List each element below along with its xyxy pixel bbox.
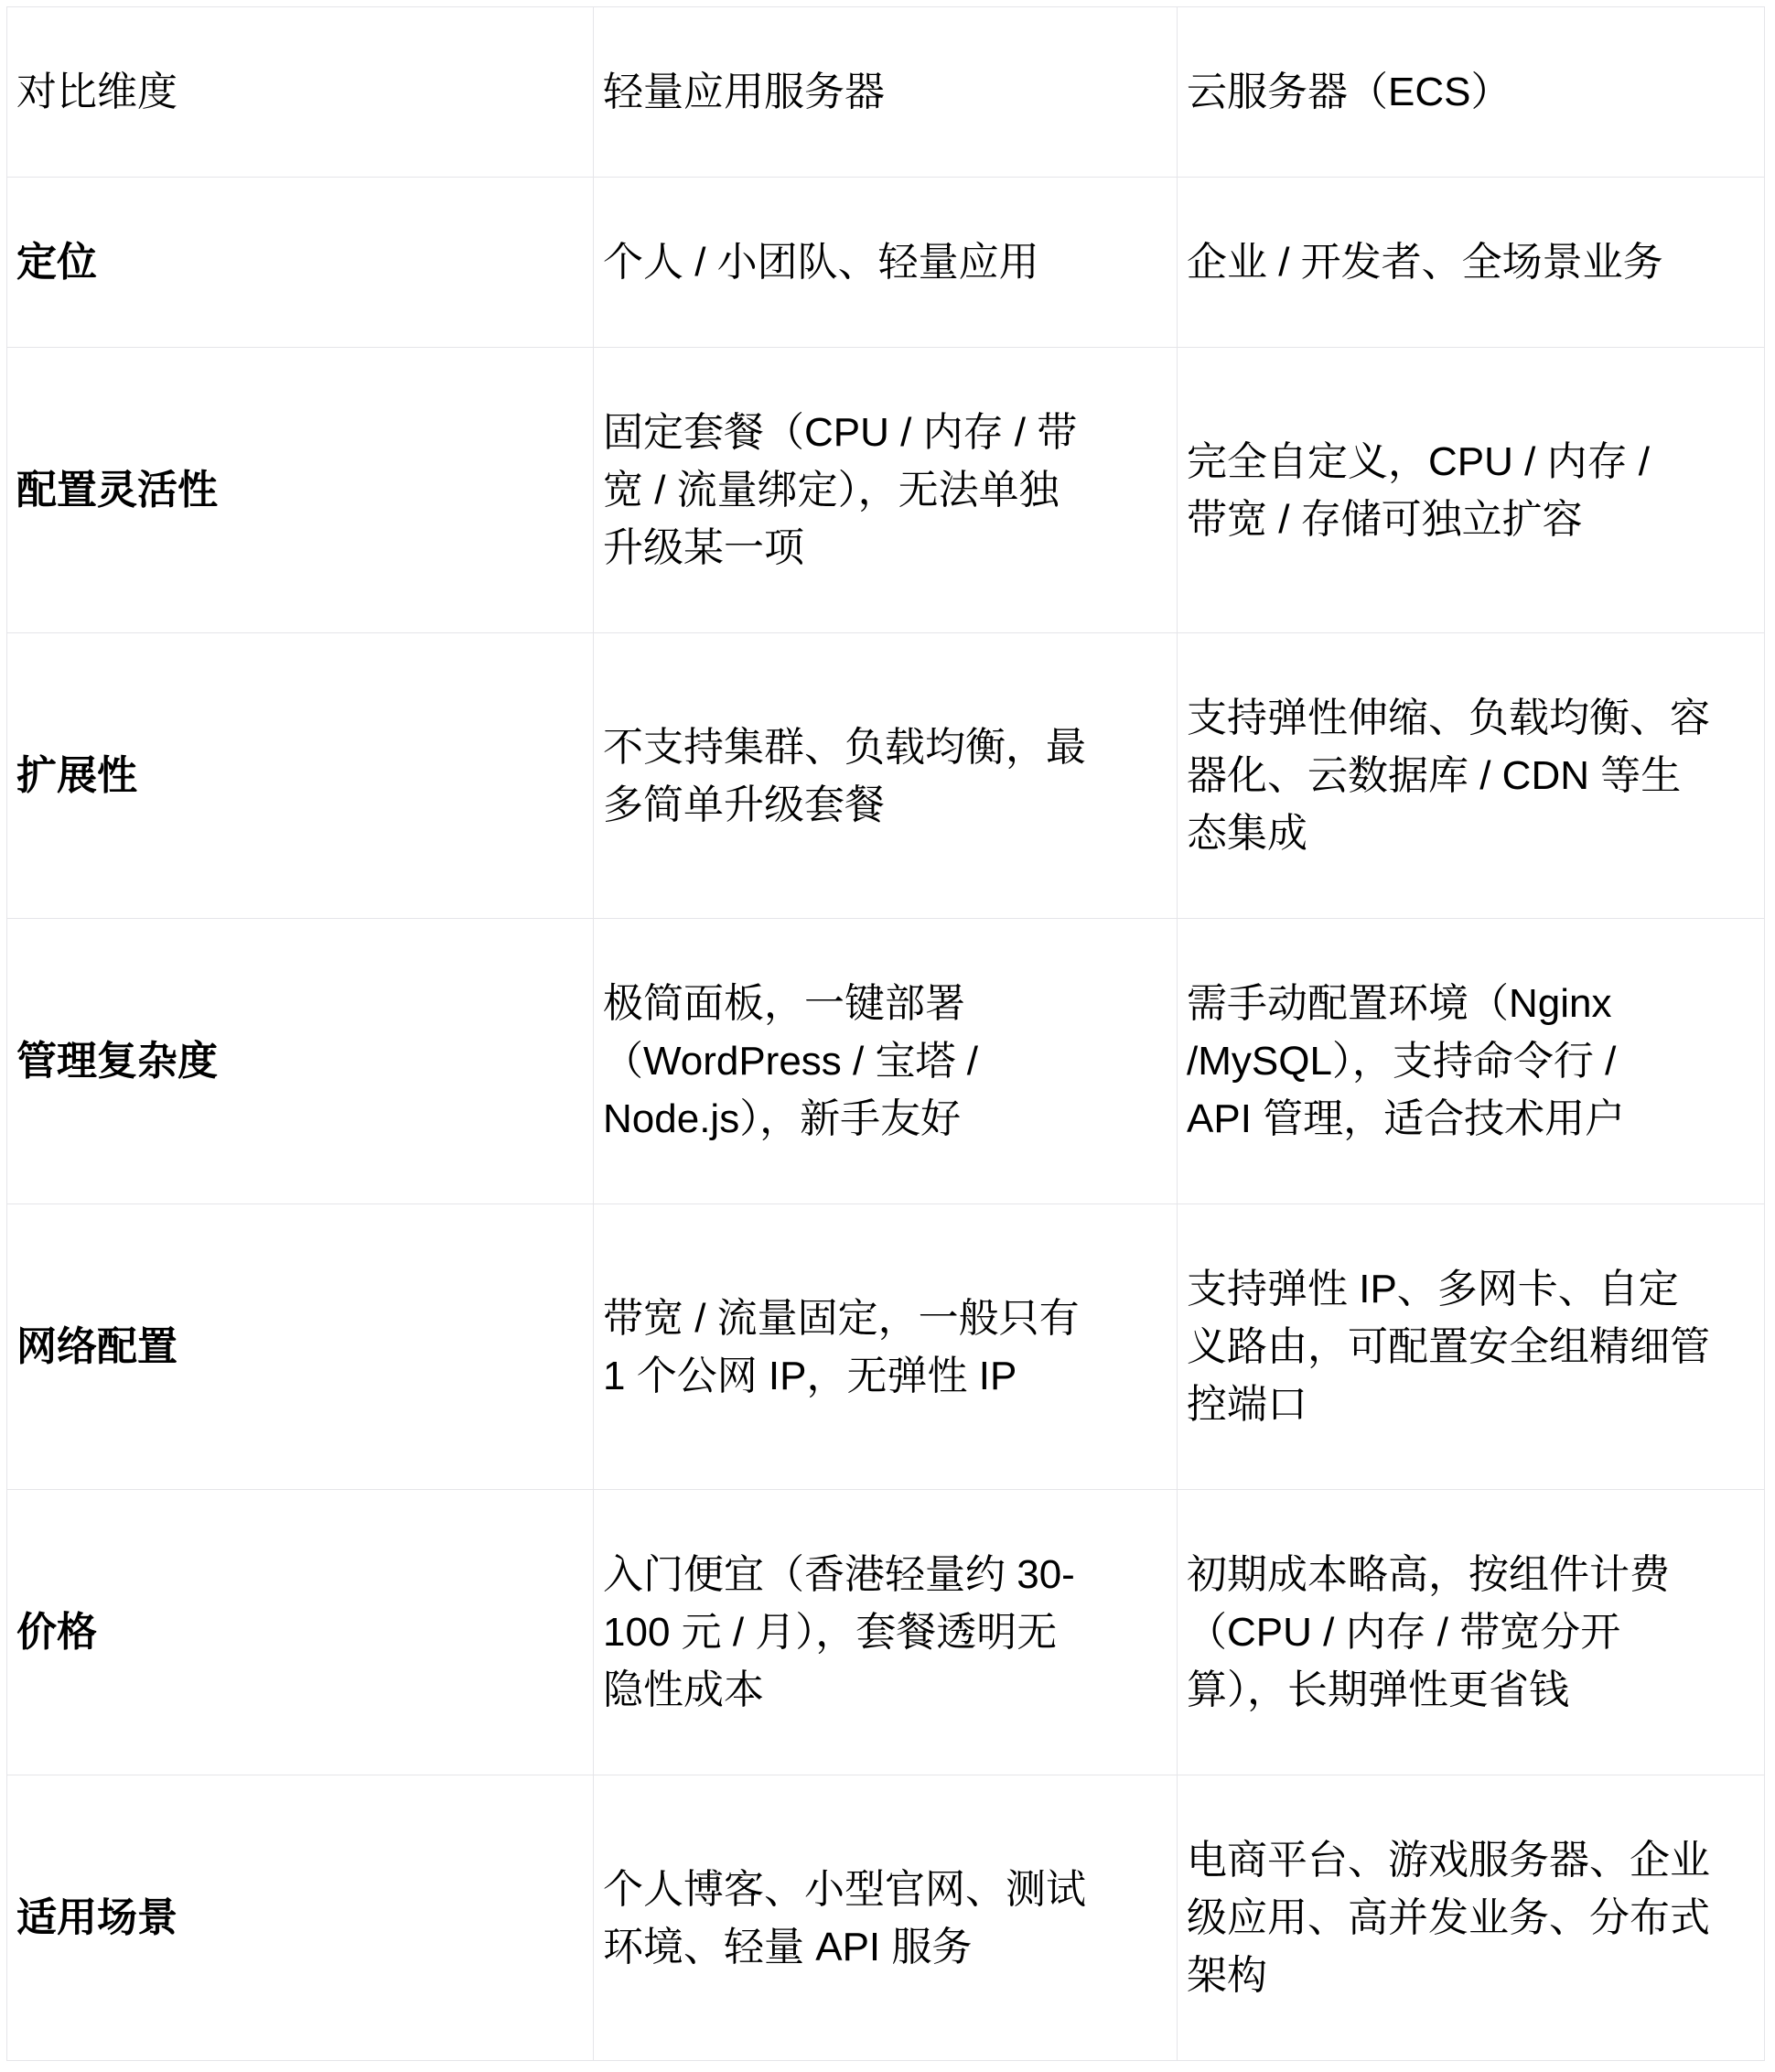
header-cell-dimension: 对比维度 bbox=[7, 7, 594, 178]
cell-management-complexity-ecs: 需手动配置环境（Nginx /MySQL），支持命令行 / API 管理，适合技… bbox=[1178, 919, 1765, 1204]
header-cell-lite-server: 轻量应用服务器 bbox=[594, 7, 1178, 178]
cell-price-lite: 入门便宜（香港轻量约 30- 100 元 / 月），套餐透明无 隐性成本 bbox=[594, 1490, 1178, 1775]
row-label-use-cases: 适用场景 bbox=[7, 1775, 594, 2061]
table-row-price: 价格 入门便宜（香港轻量约 30- 100 元 / 月），套餐透明无 隐性成本 … bbox=[7, 1490, 1765, 1775]
table-row-positioning: 定位 个人 / 小团队、轻量应用 企业 / 开发者、全场景业务 bbox=[7, 178, 1765, 348]
comparison-table: 对比维度 轻量应用服务器 云服务器（ECS） 定位 个人 / 小团队、轻量应用 … bbox=[6, 6, 1765, 2061]
row-label-price: 价格 bbox=[7, 1490, 594, 1775]
cell-price-ecs: 初期成本略高，按组件计费 （CPU / 内存 / 带宽分开 算），长期弹性更省钱 bbox=[1178, 1490, 1765, 1775]
table-row-network-config: 网络配置 带宽 / 流量固定，一般只有 1 个公网 IP，无弹性 IP 支持弹性… bbox=[7, 1204, 1765, 1490]
cell-use-cases-ecs: 电商平台、游戏服务器、企业 级应用、高并发业务、分布式 架构 bbox=[1178, 1775, 1765, 2061]
cell-management-complexity-lite: 极简面板，一键部署 （WordPress / 宝塔 / Node.js），新手友… bbox=[594, 919, 1178, 1204]
cell-use-cases-lite: 个人博客、小型官网、测试 环境、轻量 API 服务 bbox=[594, 1775, 1178, 2061]
cell-config-flexibility-ecs: 完全自定义，CPU / 内存 / 带宽 / 存储可独立扩容 bbox=[1178, 348, 1765, 633]
header-row: 对比维度 轻量应用服务器 云服务器（ECS） bbox=[7, 7, 1765, 178]
row-label-scalability: 扩展性 bbox=[7, 633, 594, 919]
row-label-management-complexity: 管理复杂度 bbox=[7, 919, 594, 1204]
table-row-scalability: 扩展性 不支持集群、负载均衡，最 多简单升级套餐 支持弹性伸缩、负载均衡、容 器… bbox=[7, 633, 1765, 919]
row-label-network-config: 网络配置 bbox=[7, 1204, 594, 1490]
cell-config-flexibility-lite: 固定套餐（CPU / 内存 / 带 宽 / 流量绑定），无法单独 升级某一项 bbox=[594, 348, 1178, 633]
cell-scalability-lite: 不支持集群、负载均衡，最 多简单升级套餐 bbox=[594, 633, 1178, 919]
row-label-config-flexibility: 配置灵活性 bbox=[7, 348, 594, 633]
table-row-use-cases: 适用场景 个人博客、小型官网、测试 环境、轻量 API 服务 电商平台、游戏服务… bbox=[7, 1775, 1765, 2061]
cell-positioning-lite: 个人 / 小团队、轻量应用 bbox=[594, 178, 1178, 348]
cell-positioning-ecs: 企业 / 开发者、全场景业务 bbox=[1178, 178, 1765, 348]
cell-network-config-lite: 带宽 / 流量固定，一般只有 1 个公网 IP，无弹性 IP bbox=[594, 1204, 1178, 1490]
table-row-config-flexibility: 配置灵活性 固定套餐（CPU / 内存 / 带 宽 / 流量绑定），无法单独 升… bbox=[7, 348, 1765, 633]
cell-network-config-ecs: 支持弹性 IP、多网卡、自定 义路由，可配置安全组精细管 控端口 bbox=[1178, 1204, 1765, 1490]
table-row-management-complexity: 管理复杂度 极简面板，一键部署 （WordPress / 宝塔 / Node.j… bbox=[7, 919, 1765, 1204]
row-label-positioning: 定位 bbox=[7, 178, 594, 348]
cell-scalability-ecs: 支持弹性伸缩、负载均衡、容 器化、云数据库 / CDN 等生 态集成 bbox=[1178, 633, 1765, 919]
header-cell-ecs-server: 云服务器（ECS） bbox=[1178, 7, 1765, 178]
